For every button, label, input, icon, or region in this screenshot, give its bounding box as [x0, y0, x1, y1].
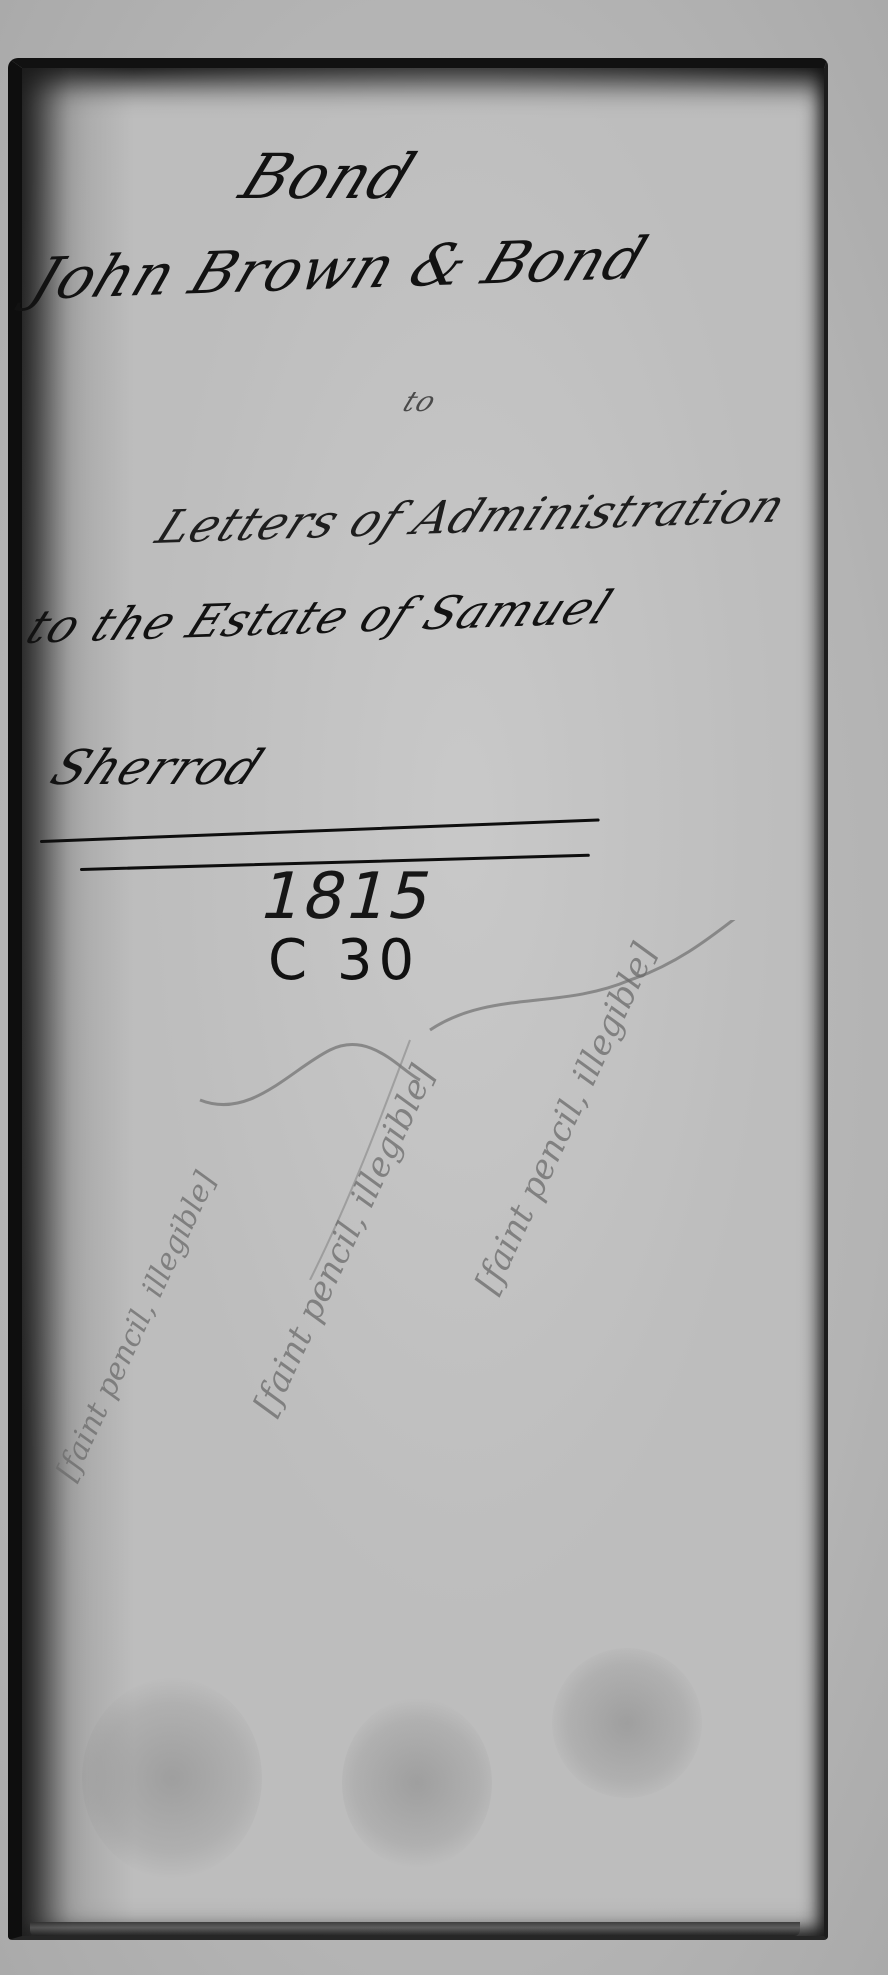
water-stain: [82, 1678, 262, 1878]
paper-texture: [22, 68, 824, 1936]
docket-year: 1815: [253, 860, 442, 934]
water-stain: [552, 1648, 702, 1798]
document-docket: [8, 58, 828, 1940]
water-stain: [342, 1698, 492, 1868]
docket-description-line-3: Sherrod: [42, 740, 273, 796]
docket-title: Bond: [230, 140, 426, 213]
catalog-number: C 30: [268, 928, 420, 993]
bottom-fold-edge: [30, 1922, 800, 1936]
